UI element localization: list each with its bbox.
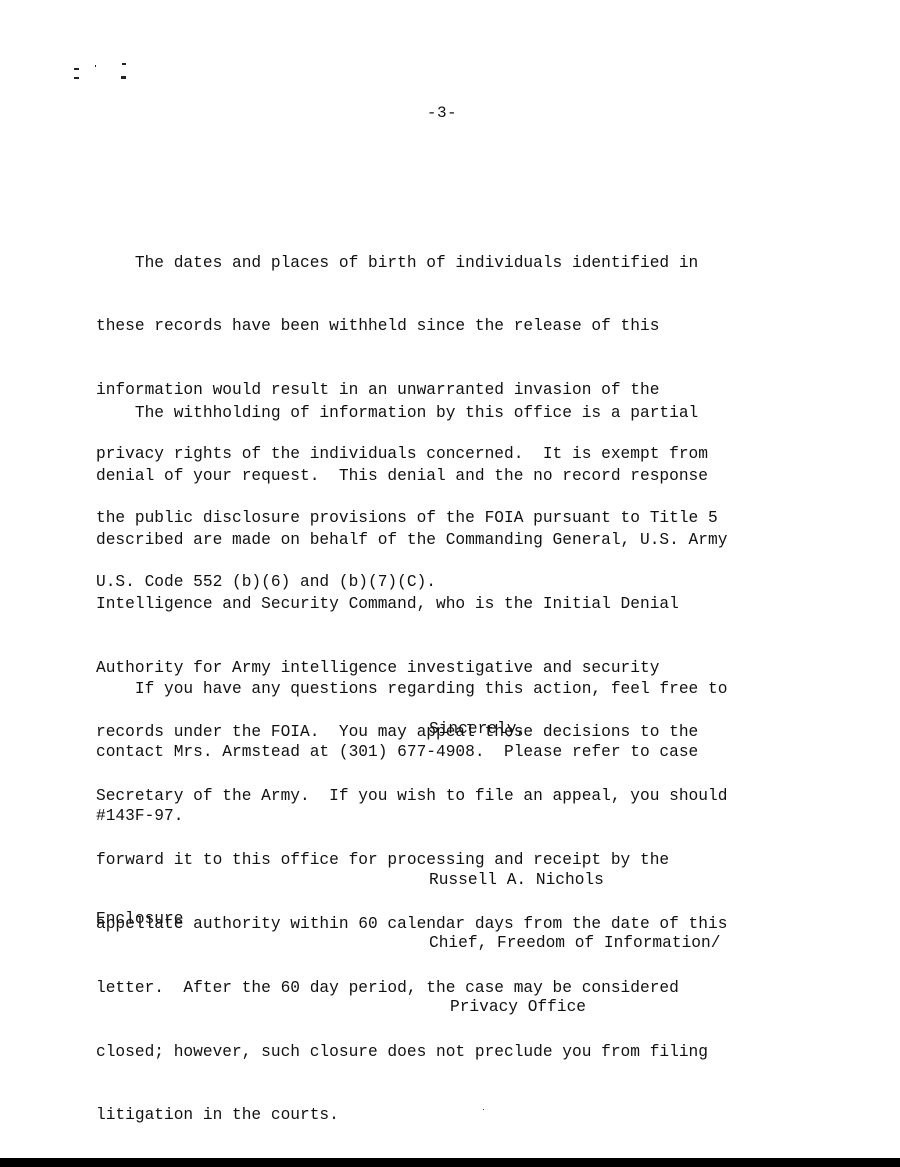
scan-speck — [74, 68, 79, 70]
text-line: contact Mrs. Armstead at (301) 677-4908.… — [96, 742, 816, 763]
signature-block: Russell A. Nichols Chief, Freedom of Inf… — [429, 827, 720, 1061]
text-line: If you have any questions regarding this… — [96, 679, 816, 700]
scan-bottom-border — [0, 1158, 900, 1167]
page-number: -3- — [0, 104, 884, 122]
text-line: denial of your request. This denial and … — [96, 466, 816, 487]
text-line: #143F-97. — [96, 806, 816, 827]
scan-specks — [72, 62, 132, 82]
enclosure-note: Enclosure — [96, 910, 183, 928]
signer-name: Russell A. Nichols — [429, 870, 720, 891]
text-line: The withholding of information by this o… — [96, 403, 816, 424]
scan-speck — [483, 1109, 484, 1110]
signer-title-continued: Privacy Office — [429, 997, 720, 1018]
text-line: litigation in the courts. — [96, 1105, 816, 1126]
text-line: The dates and places of birth of individ… — [96, 253, 816, 274]
closing-salutation: Sincerely, — [429, 720, 526, 738]
scan-speck — [95, 65, 96, 67]
scan-speck — [122, 63, 126, 65]
scan-speck — [121, 76, 126, 79]
signer-title: Chief, Freedom of Information/ — [429, 933, 720, 954]
text-line: Intelligence and Security Command, who i… — [96, 594, 816, 615]
text-line: these records have been withheld since t… — [96, 316, 816, 337]
text-line: described are made on behalf of the Comm… — [96, 530, 816, 551]
scan-speck — [74, 77, 79, 79]
document-page: -3- The dates and places of birth of ind… — [0, 0, 900, 1167]
